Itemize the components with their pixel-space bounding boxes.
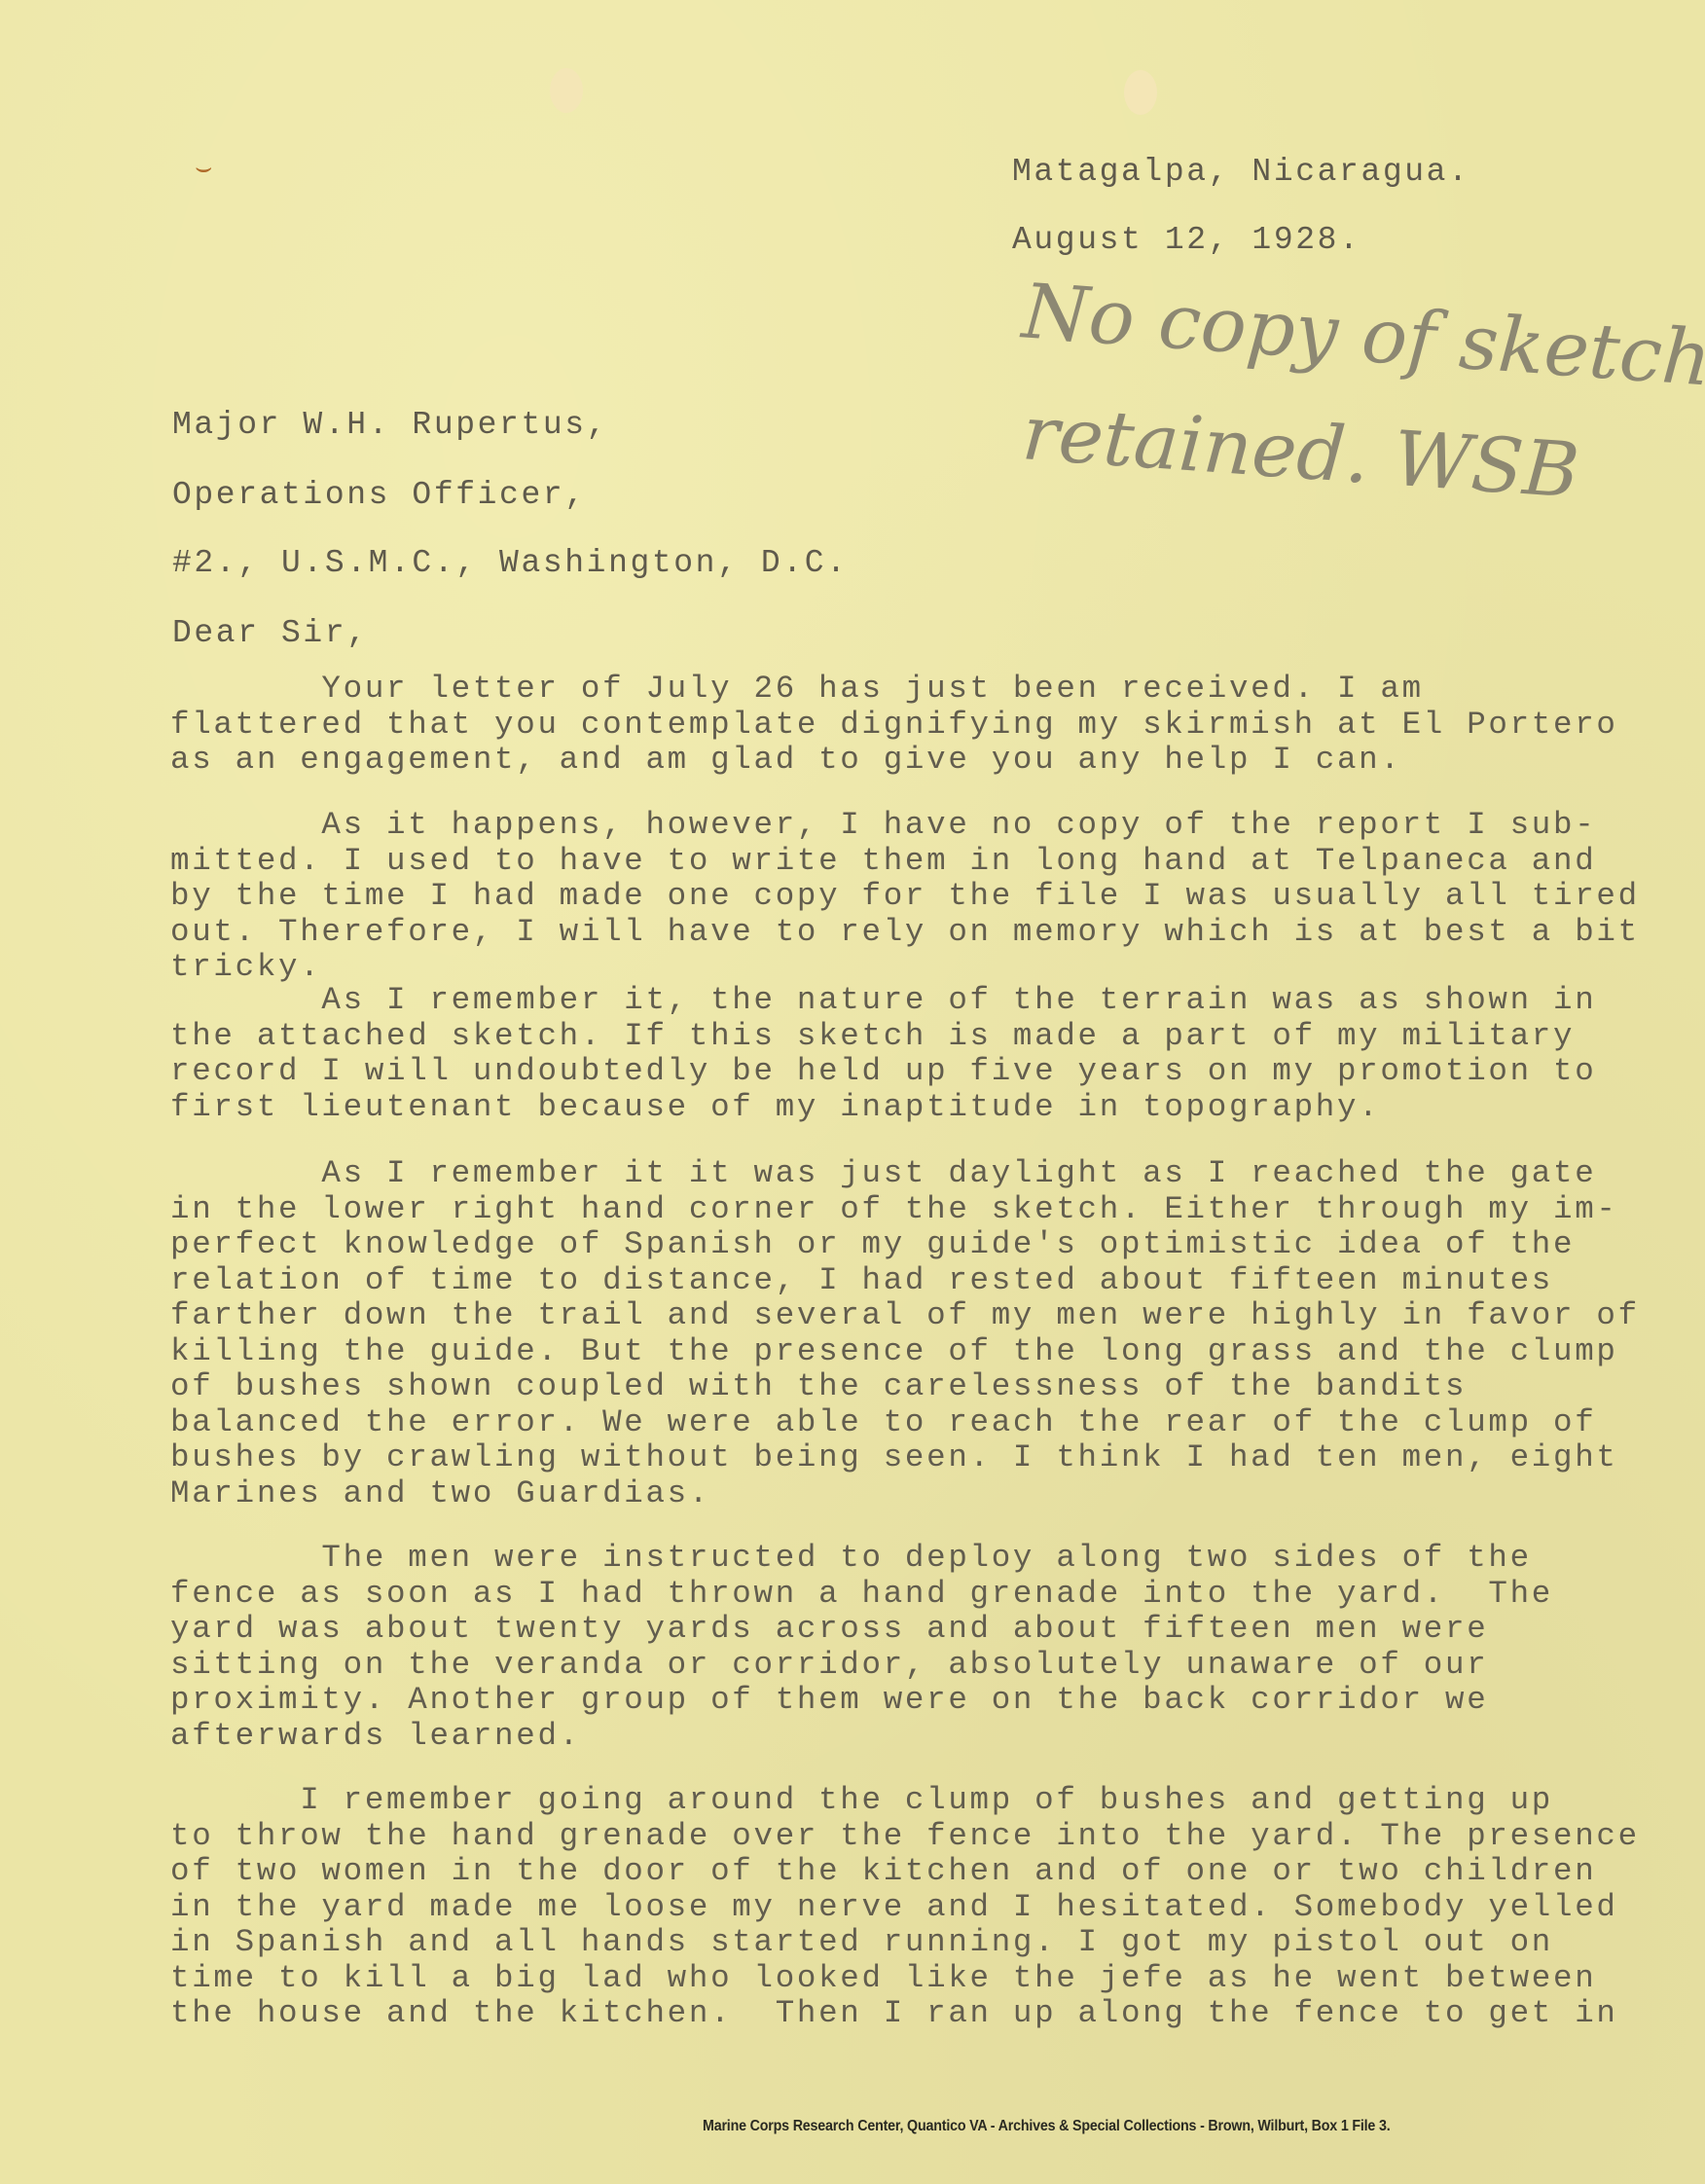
paragraph-line: in the yard made me loose my nerve and I…	[170, 1890, 1640, 1926]
paragraph-line: tricky.	[170, 950, 1640, 986]
paragraph-line: I remember going around the clump of bus…	[170, 1783, 1640, 1819]
paragraph-line: fence as soon as I had thrown a hand gre…	[170, 1577, 1553, 1613]
paragraph-3: As I remember it, the nature of the terr…	[170, 983, 1596, 1125]
paragraph-line: balanced the error. We were able to reac…	[170, 1405, 1640, 1441]
salutation: Dear Sir,	[172, 615, 369, 651]
archive-citation-footer: Marine Corps Research Center, Quantico V…	[703, 2118, 1390, 2135]
addressee-name: Major W.H. Rupertus,	[172, 407, 608, 443]
paragraph-line: As I remember it it was just daylight as…	[170, 1156, 1640, 1192]
paragraph-line: Marines and two Guardias.	[170, 1476, 1640, 1512]
paragraph-line: As I remember it, the nature of the terr…	[170, 983, 1596, 1019]
punch-hole-right	[1124, 70, 1157, 115]
paragraph-line: to throw the hand grenade over the fence…	[170, 1819, 1640, 1855]
paragraph-line: sitting on the veranda or corridor, abso…	[170, 1648, 1553, 1684]
paragraph-line: the attached sketch. If this sketch is m…	[170, 1019, 1596, 1055]
paragraph-line: Your letter of July 26 has just been rec…	[170, 672, 1618, 708]
paragraph-line: first lieutenant because of my inaptitud…	[170, 1090, 1596, 1126]
paragraph-line: mitted. I used to have to write them in …	[170, 844, 1640, 880]
paragraph-line: As it happens, however, I have no copy o…	[170, 808, 1640, 844]
paragraph-line: afterwards learned.	[170, 1719, 1553, 1755]
letter-page: ⌣ Matagalpa, Nicaragua. August 12, 1928.…	[0, 0, 1705, 2184]
rust-stain-mark: ⌣	[195, 151, 212, 184]
paragraph-line: bushes by crawling without being seen. I…	[170, 1440, 1640, 1476]
handwritten-note-line2: retained. WSB	[1020, 389, 1582, 516]
paragraph-line: of two women in the door of the kitchen …	[170, 1854, 1640, 1890]
punch-hole-left	[550, 68, 583, 113]
paragraph-4: As I remember it it was just daylight as…	[170, 1156, 1640, 1511]
paragraph-6: I remember going around the clump of bus…	[170, 1783, 1640, 2032]
paragraph-line: as an engagement, and am glad to give yo…	[170, 743, 1618, 779]
paragraph-line: by the time I had made one copy for the …	[170, 879, 1640, 915]
paragraph-line: flattered that you contemplate dignifyin…	[170, 708, 1618, 744]
letter-date: August 12, 1928.	[1012, 222, 1360, 258]
paragraph-line: proximity. Another group of them were on…	[170, 1683, 1553, 1719]
handwritten-note-line1: No copy of sketch	[1020, 268, 1705, 403]
addressee-office: #2., U.S.M.C., Washington, D.C.	[172, 545, 849, 581]
paragraph-line: in Spanish and all hands started running…	[170, 1925, 1640, 1961]
paragraph-line: killing the guide. But the presence of t…	[170, 1334, 1640, 1370]
paragraph-line: of bushes shown coupled with the careles…	[170, 1369, 1640, 1405]
paragraph-line: The men were instructed to deploy along …	[170, 1541, 1553, 1577]
paragraph-line: the house and the kitchen. Then I ran up…	[170, 1996, 1640, 2032]
paragraph-line: relation of time to distance, I had rest…	[170, 1263, 1640, 1299]
paragraph-line: out. Therefore, I will have to rely on m…	[170, 915, 1640, 951]
addressee-title: Operations Officer,	[172, 477, 587, 513]
paragraph-1: Your letter of July 26 has just been rec…	[170, 672, 1618, 779]
paragraph-line: farther down the trail and several of my…	[170, 1298, 1640, 1334]
paragraph-5: The men were instructed to deploy along …	[170, 1541, 1553, 1754]
paragraph-line: time to kill a big lad who looked like t…	[170, 1961, 1640, 1997]
paragraph-2: As it happens, however, I have no copy o…	[170, 808, 1640, 986]
paragraph-line: yard was about twenty yards across and a…	[170, 1612, 1553, 1648]
paragraph-line: perfect knowledge of Spanish or my guide…	[170, 1227, 1640, 1263]
paragraph-line: record I will undoubtedly be held up fiv…	[170, 1054, 1596, 1090]
paragraph-line: in the lower right hand corner of the sk…	[170, 1192, 1640, 1228]
letter-place: Matagalpa, Nicaragua.	[1012, 154, 1469, 190]
